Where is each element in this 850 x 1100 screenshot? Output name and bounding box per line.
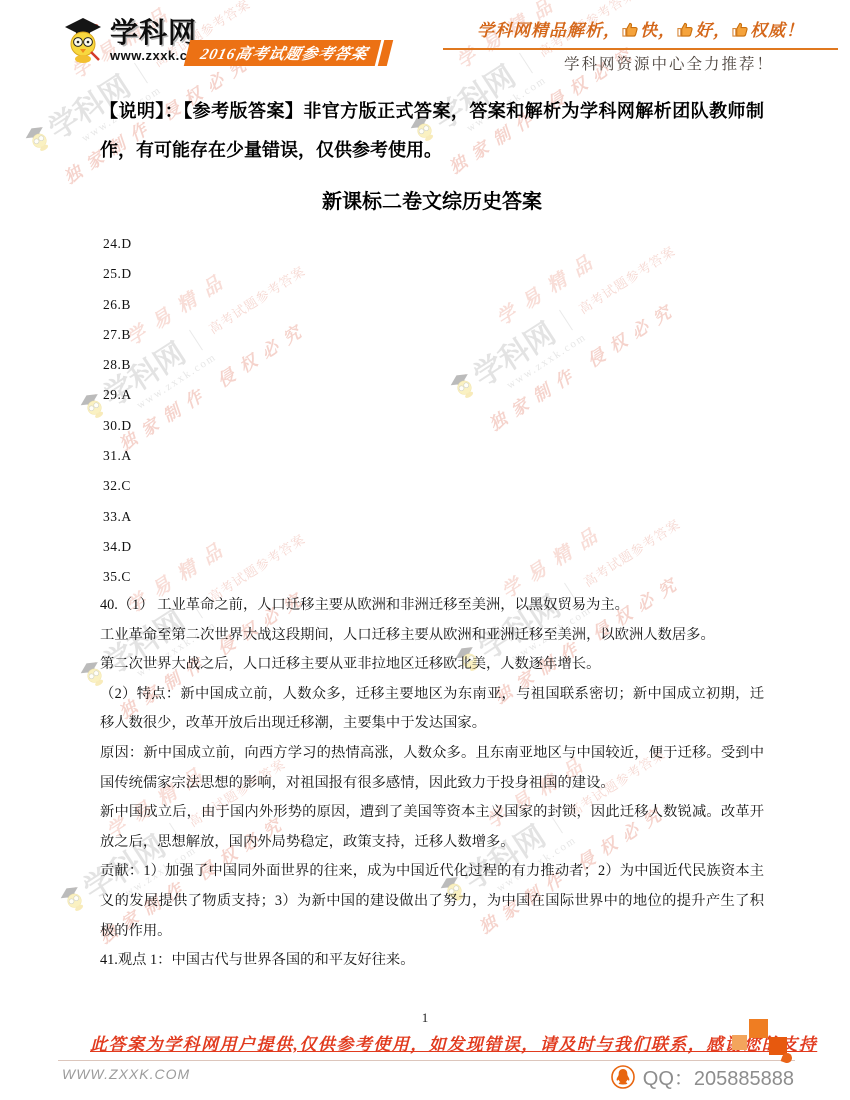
footer-divider (58, 1060, 795, 1061)
slogan-part3: 好， (695, 21, 731, 40)
footer-qq: QQ：205885888 (610, 1062, 794, 1091)
disclaimer-note: 【说明】：【参考版答案】非官方版正式答案，答案和解析为学科网解析团队教师制作，有… (100, 92, 764, 170)
watermark-tagline-bottom: 独家制作 侵权必究 (483, 248, 753, 436)
watermark-tagline-right: 高考试题参考答案 (574, 240, 678, 317)
slogan-part1: 学科网精品解析， (477, 21, 621, 40)
banner-2016-answers: 2016高考试题参考答案 (184, 40, 393, 66)
thumbs-up-icon (677, 21, 694, 38)
qq-number: QQ：205885888 (643, 1062, 794, 1091)
answer-item: 32.C (103, 471, 132, 501)
answer-item: 30.D (103, 411, 132, 441)
watermark-separator: ｜ (173, 316, 217, 362)
answer-item: 33.A (103, 502, 132, 532)
page-number: 1 (0, 1010, 850, 1026)
watermark-mascot-icon (19, 118, 57, 157)
watermark-separator: ｜ (543, 296, 587, 342)
answer-item: 29.A (103, 380, 132, 410)
answer-item: 26.B (103, 290, 132, 320)
footer-square-decoration (732, 1035, 747, 1050)
essay-answers: 40.（1） 工业革命之前，人口迁移主要从欧洲和非洲迁移至美洲，以黑奴贸易为主。… (100, 591, 764, 976)
watermark-tagline-top: 学易精品 (495, 450, 713, 604)
answer-item: 24.D (103, 229, 132, 259)
answer-item: 31.A (103, 441, 132, 471)
watermark-tagline-top: 学易精品 (120, 197, 338, 351)
watermark-mascot-icon (444, 365, 482, 404)
paragraph: 工业革命至第二次世界大战这段期间，人口迁移主要从欧洲和亚洲迁移至美洲，以欧洲人数… (100, 621, 764, 651)
watermark-tagline-right: 高考试题参考答案 (579, 513, 683, 590)
paragraph: 新中国成立后，由于国内外形势的原因，遭到了美国等资本主义国家的封锁，因此迁移人数… (100, 798, 764, 857)
paragraph: 第二次世界大战之后，人口迁移主要从亚非拉地区迁移欧北美，人数逐年增长。 (100, 650, 764, 680)
footer-site-url: WWW.ZXXK.COM (62, 1066, 190, 1082)
paragraph: 40.（1） 工业革命之前，人口迁移主要从欧洲和非洲迁移至美洲，以黑奴贸易为主。 (100, 591, 764, 621)
paragraph: 41.观点 1：中国古代与世界各国的和平友好往来。 (100, 946, 764, 976)
slogan-line: 学科网精品解析，快，好，权威！ (443, 16, 838, 50)
paragraph: 贡献：1）加强了中国同外面世界的往来，成为中国近代化过程的有力推动者；2）为中国… (100, 857, 764, 946)
mascot-chick-icon (60, 12, 106, 64)
answer-item: 35.C (103, 562, 132, 592)
header-subtitle: 学科网资源中心全力推荐！ (564, 52, 774, 74)
answer-item: 25.D (103, 259, 132, 289)
qq-penguin-icon (610, 1064, 636, 1090)
footer-square-decoration (749, 1019, 768, 1038)
thumbs-up-icon (622, 21, 639, 38)
watermark-url: www.zxxk.com (135, 254, 368, 411)
watermark-url: www.zxxk.com (505, 234, 738, 391)
thumbs-up-icon (732, 21, 749, 38)
answer-item: 27.B (103, 320, 132, 350)
answer-item: 28.B (103, 350, 132, 380)
slogan-part4: 权威！ (750, 21, 804, 40)
watermark: 学易精品 学科网 ｜ 高考试题参考答案 www.zxxk.com 独家制作 侵权… (425, 177, 753, 444)
answer-list: 24.D 25.D 26.B 27.B 28.B 29.A 30.D 31.A … (103, 229, 132, 593)
footer-notice: 此答案为学科网用户提供,仅供参考使用，如发现错误，请及时与我们联系，感谢您的支持 (90, 1030, 740, 1055)
document-page: 学易精品 学科网 ｜ 高考试题参考答案 www.zxxk.com 独家制作 侵权… (0, 0, 850, 1100)
slogan-part2: 快， (640, 21, 676, 40)
watermark-mascot-icon (54, 878, 92, 917)
page-title: 新课标二卷文综历史答案 (100, 185, 764, 214)
watermark-brand: 学科网 (463, 309, 562, 395)
watermark-tagline-bottom: 独家制作 侵权必究 (113, 268, 383, 456)
watermark-tagline-right: 高考试题参考答案 (204, 260, 308, 337)
answer-item: 34.D (103, 532, 132, 562)
banner-label: 2016高考试题参考答案 (198, 42, 379, 64)
paragraph: 原因：新中国成立前，向西方学习的热情高涨，人数众多。且东南亚地区与中国较近，便于… (100, 739, 764, 798)
paragraph: （2）特点：新中国成立前，人数众多，迁移主要地区为东南亚，与祖国联系密切；新中国… (100, 680, 764, 739)
